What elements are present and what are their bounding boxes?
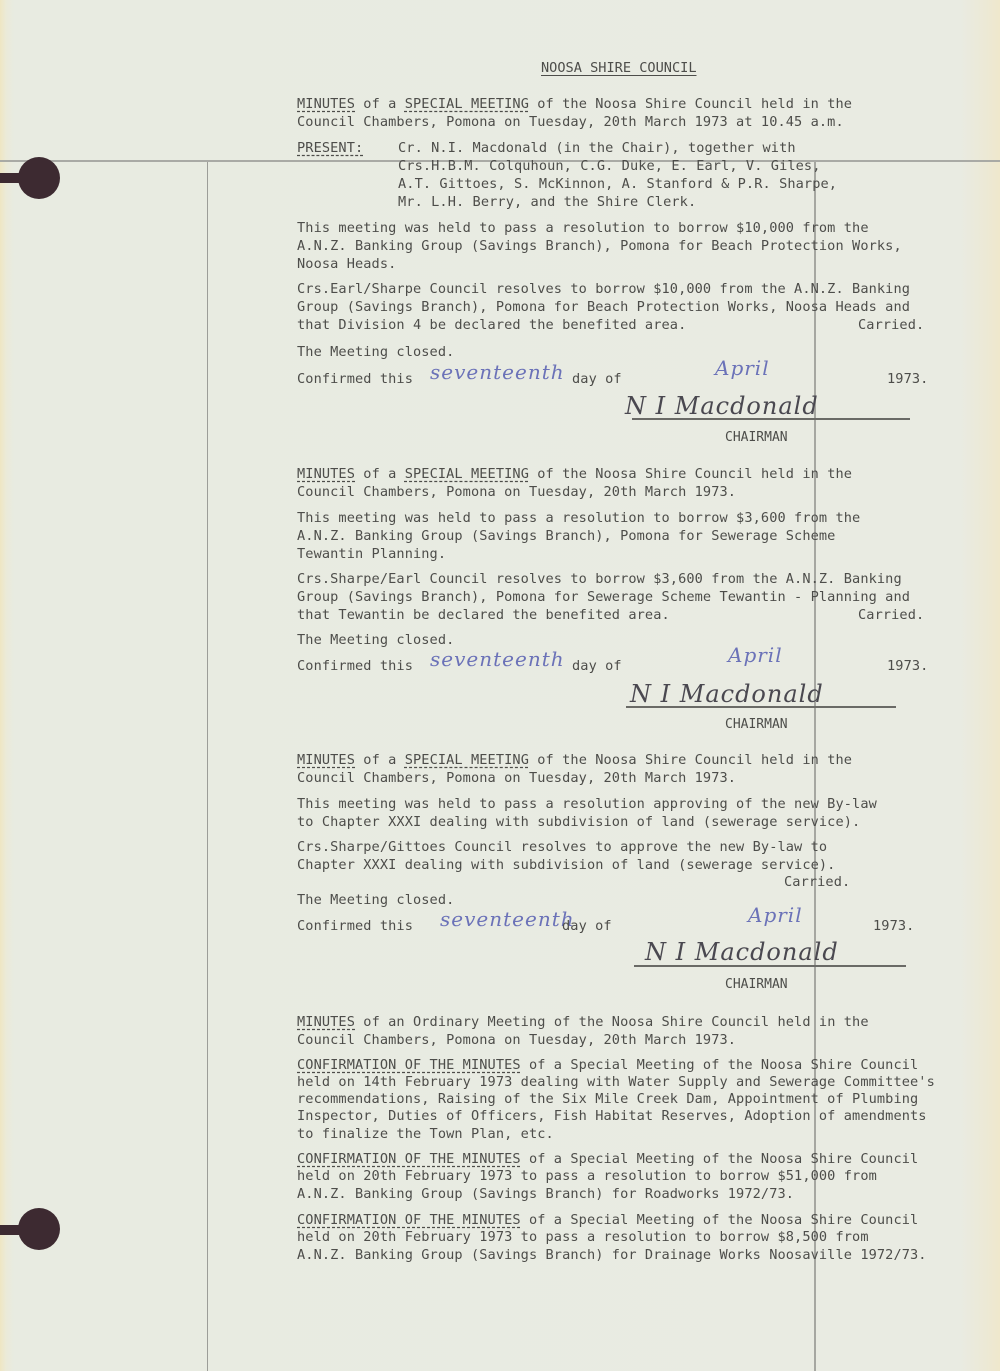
present-line: Cr. N.I. Macdonald (in the Chair), toget… [398,139,796,157]
carried-status: Carried. [858,316,924,334]
purpose-line: Tewantin Planning. [297,545,446,563]
confirmed-year: 1973. [873,917,914,935]
handwritten-day: seventeenth [430,360,565,384]
chairman-label: CHAIRMAN [725,430,788,445]
handwritten-day: seventeenth [440,907,575,931]
resolution-line: Group (Savings Branch), Pomona for Beach… [297,298,910,316]
confirmed-day-of: day of [572,657,622,675]
confirmation-line: A.N.Z. Banking Group (Savings Branch) fo… [297,1185,794,1203]
purpose-line: A.N.Z. Banking Group (Savings Branch), P… [297,527,835,545]
confirmation-line: recommendations, Raising of the Six Mile… [297,1090,918,1108]
purpose-line: This meeting was held to pass a resoluti… [297,509,860,527]
resolution-line: Crs.Earl/Sharpe Council resolves to borr… [297,280,910,298]
carried-status: Carried. [858,606,924,624]
meeting-closed: The Meeting closed. [297,891,454,909]
present-line: Mr. L.H. Berry, and the Shire Clerk. [398,193,696,211]
section-3-intro-line-1: MINUTES of a SPECIAL MEETING of the Noos… [297,751,852,769]
chairman-signature: N I Macdonald [625,392,819,420]
document-heading: NOOSA SHIRE COUNCIL [541,60,697,76]
resolution-line: that Division 4 be declared the benefite… [297,316,686,334]
confirmation-line: held on 20th February 1973 to pass a res… [297,1228,869,1246]
chairman-label: CHAIRMAN [725,977,788,992]
chairman-signature: N I Macdonald [630,680,824,708]
purpose-line: Noosa Heads. [297,255,396,273]
purpose-line: This meeting was held to pass a resoluti… [297,219,869,237]
binder-hole-top [18,157,60,199]
confirmed-year: 1973. [887,370,928,388]
confirmed-prefix: Confirmed this [297,657,413,675]
chairman-label: CHAIRMAN [725,717,788,732]
resolution-line: Group (Savings Branch), Pomona for Sewer… [297,588,910,606]
confirmed-day-of: day of [572,370,622,388]
section-2-intro-line-1: MINUTES of a SPECIAL MEETING of the Noos… [297,465,852,483]
handwritten-day: seventeenth [430,647,565,671]
section-1-intro-line-2: Council Chambers, Pomona on Tuesday, 20t… [297,113,844,131]
resolution-line: Crs.Sharpe/Gittoes Council resolves to a… [297,838,827,856]
confirmation-line: held on 20th February 1973 to pass a res… [297,1167,877,1185]
resolution-line: Crs.Sharpe/Earl Council resolves to borr… [297,570,902,588]
section-3-intro-line-2: Council Chambers, Pomona on Tuesday, 20t… [297,769,736,787]
confirmed-year: 1973. [887,657,928,675]
handwritten-month: April [728,643,783,667]
signature-line [632,418,910,420]
handwritten-month: April [748,903,803,927]
present-line: Crs.H.B.M. Colquhoun, C.G. Duke, E. Earl… [398,157,821,175]
confirmation-1-line-1: CONFIRMATION OF THE MINUTES of a Special… [297,1056,918,1074]
confirmation-3-line-1: CONFIRMATION OF THE MINUTES of a Special… [297,1211,918,1229]
meeting-closed: The Meeting closed. [297,343,454,361]
section-1-intro-line-1: MINUTES of a SPECIAL MEETING of the Noos… [297,95,852,113]
confirmation-line: to finalize the Town Plan, etc. [297,1125,554,1143]
confirmation-line: A.N.Z. Banking Group (Savings Branch) fo… [297,1246,927,1264]
confirmed-prefix: Confirmed this [297,370,413,388]
section-4-intro-line-1: MINUTES of an Ordinary Meeting of the No… [297,1013,869,1031]
signature-line [626,706,896,708]
chairman-signature: N I Macdonald [645,938,839,966]
handwritten-month: April [715,356,770,380]
confirmed-day-of: day of [562,917,612,935]
resolution-line: that Tewantin be declared the benefited … [297,606,670,624]
purpose-line: to Chapter XXXI dealing with subdivision… [297,813,860,831]
confirmation-2-line-1: CONFIRMATION OF THE MINUTES of a Special… [297,1150,918,1168]
confirmation-line: held on 14th February 1973 dealing with … [297,1073,935,1091]
section-4-intro-line-2: Council Chambers, Pomona on Tuesday, 20t… [297,1031,736,1049]
confirmation-line: Inspector, Duties of Officers, Fish Habi… [297,1107,927,1125]
resolution-line: Chapter XXXI dealing with subdivision of… [297,856,835,874]
present-label: PRESENT: [297,139,363,157]
confirmed-prefix: Confirmed this [297,917,413,935]
binder-hole-bottom [18,1208,60,1250]
signature-line [634,965,906,967]
purpose-line: A.N.Z. Banking Group (Savings Branch), P… [297,237,902,255]
carried-status: Carried. [784,873,850,891]
document-page: NOOSA SHIRE COUNCIL MINUTES of a SPECIAL… [0,0,1000,1371]
purpose-line: This meeting was held to pass a resoluti… [297,795,877,813]
section-2-intro-line-2: Council Chambers, Pomona on Tuesday, 20t… [297,483,736,501]
left-margin-line [207,162,208,1371]
present-line: A.T. Gittoes, S. McKinnon, A. Stanford &… [398,175,837,193]
